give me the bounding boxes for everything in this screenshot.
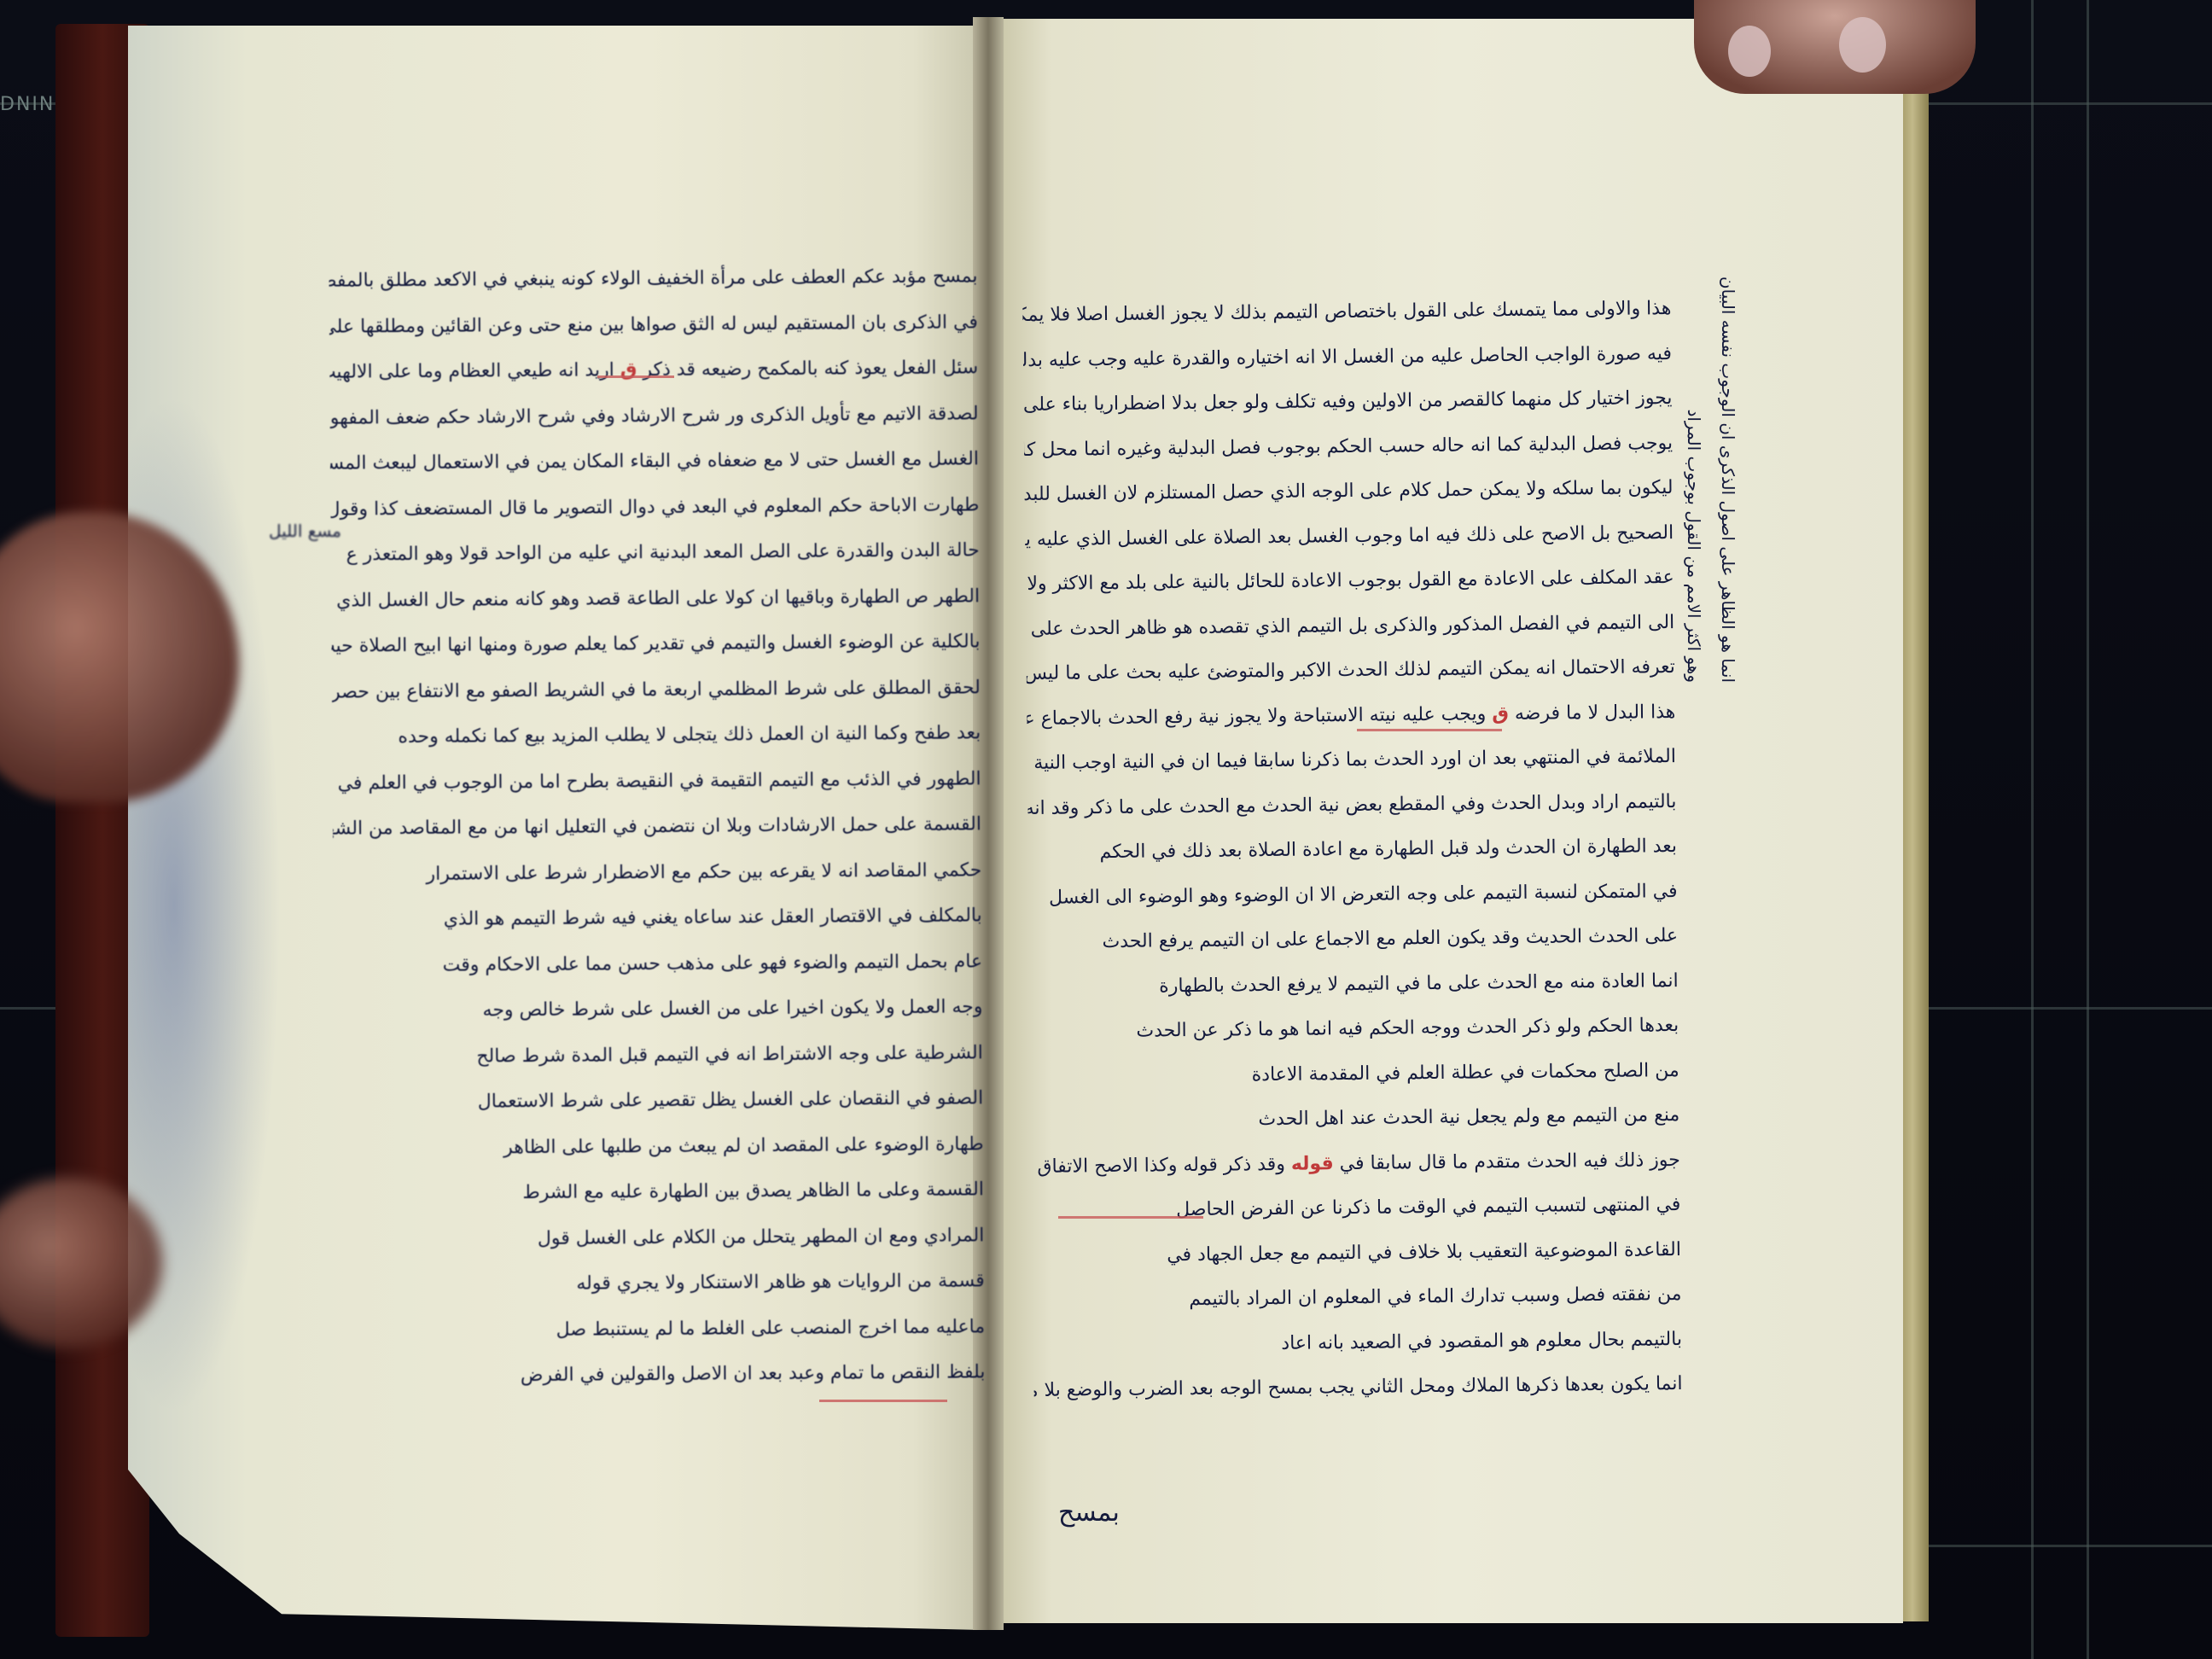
manuscript-line: في المنتهى لتسبب التيمم في الوقت ما ذكرن… [1032, 1183, 1681, 1234]
manuscript-line: في المتمكن لنسبة التيمم على وجه التعرض ا… [1028, 870, 1678, 921]
manuscript-line: منع من التيمم مع ولم يجعل نية الحدث عند … [1031, 1093, 1680, 1144]
manuscript-line: قسمة من الروايات هو ظاهر الاستنكار ولا ي… [336, 1258, 985, 1308]
rubric-marker: ق [1492, 703, 1509, 725]
manuscript-line: لصدقة الاتيم مع تأويل الذكرى ور شرح الار… [329, 391, 978, 441]
manuscript-line: المرادي ومع ان المطهر يتحلل من الكلام عل… [335, 1213, 984, 1263]
cloth-grid-line [2087, 0, 2089, 1659]
manuscript-line: عقد المكلف على الاعادة مع القول بوجوب ال… [1025, 556, 1674, 607]
manuscript-line: الطهور في الذئب مع التيمم التقيمة في الن… [332, 756, 981, 806]
margin-note-line: وهو اكثر الامم من القول بوجوب المراد [1677, 256, 1711, 683]
manuscript-line: الصفو في النقصان على الغسل يظل تقصير على… [335, 1075, 983, 1126]
manuscript-line: تعرفه الاحتمال انه يمكن التيمم لذلك الحد… [1027, 645, 1676, 696]
fingernail [1839, 17, 1886, 73]
manuscript-line: بعد الطهارة ان الحدث ولد قبل الطهارة مع … [1028, 824, 1678, 876]
manuscript-line: لحقق المطلق على شرط المظلمي اربعة ما في … [332, 665, 981, 715]
right-hand-fingers [1694, 0, 1976, 94]
manuscript-line: ماعليه مما اخرج المنصب على الغلط ما لم ي… [336, 1304, 985, 1354]
manuscript-line: انما يكون بعدها ذكرها الملاك ومحل الثاني… [1033, 1362, 1683, 1413]
rubric-overline [597, 375, 674, 378]
manuscript-line: الطهر ص الطهارة وباقيها ان كولا على الطا… [331, 573, 980, 624]
manuscript-line: من نفقته فصل وسبب تدارك الماء في المعلوم… [1033, 1272, 1682, 1324]
manuscript-line: يجوز اختيار كل منهما كالقصر من الاولين و… [1023, 376, 1673, 428]
manuscript-line: حالة البدن والقدرة على الصل المعد البدني… [331, 527, 980, 578]
rubric-marker: قوله [1291, 1153, 1334, 1175]
manuscript-line: بالتيمم بحال معلوم هو المقصود في الصعيد … [1033, 1317, 1683, 1368]
manuscript-line: بعد طفح وكما النية ان العمل ذلك يتجلى لا… [332, 710, 981, 760]
manuscript-line: جوز ذلك فيه الحدث متقدم ما قال سابقا في … [1032, 1138, 1681, 1190]
cloth-grid-line [2031, 0, 2034, 1659]
manuscript-line: بعدها الحكم ولو ذكر الحدث ووجه الحكم فيه… [1030, 1004, 1679, 1055]
manuscript-line: الى التيمم في الفصل المذكور والذكرى بل ا… [1026, 601, 1675, 652]
manuscript-line: حكمي المقاصد انه لا يقرعه بين حكم مع الا… [333, 847, 981, 898]
manuscript-line: الملائمة في المنتهي بعد ان اورد الحدث بم… [1027, 735, 1677, 786]
rubric-overline [1058, 1216, 1203, 1219]
manuscript-line: وجه العمل ولا يكون اخيرا على من الغسل عل… [334, 984, 982, 1034]
manuscript-line: القاعدة الموضوعية التعقيب بلا خلاف في ال… [1033, 1227, 1682, 1278]
manuscript-line: بالكلية عن الوضوء الغسل والتيمم في تقدير… [331, 619, 980, 669]
rubric-overline [819, 1400, 947, 1402]
manuscript-line: بمسح مؤبد عكم العطف على مرأة الخفيف الول… [329, 253, 977, 304]
manuscript-line: عام بحمل التيمم والضوء فهو على مذهب حسن … [334, 939, 982, 989]
manuscript-line: هذا والاولى مما يتمسك على القول باختصاص … [1022, 287, 1672, 338]
cloth-grid-line [1929, 1545, 2212, 1547]
left-page-text: بمسح مؤبد عكم العطف على مرأة الخفيف الول… [329, 253, 985, 1400]
manuscript-line: طهارت الاباحة حكم المعلوم في البعد في دو… [330, 482, 979, 533]
manuscript-line: الشرطية على وجه الاشتراط انه في التيمم ق… [335, 1030, 983, 1080]
manuscript-line: بلفظ النقص ما تمام وعبد بعد ان الاصل وال… [336, 1349, 985, 1400]
manuscript-line: بالتيمم اراد وبدل الحدث وفي المقطع بعض ن… [1027, 780, 1677, 831]
margin-note-line: انما هو الظاهر على اصول الذكرى ان الوجوب… [1711, 256, 1745, 683]
manuscript-line: الصحيح بل الاصح على ذلك فيه اما وجوب الغ… [1025, 511, 1674, 562]
cloth-label: DNIN [0, 94, 55, 115]
manuscript-line: هذا البدل لا ما فرضه ق ويجب عليه نيته ال… [1027, 690, 1676, 742]
right-margin-note: انما هو الظاهر على اصول الذكرى ان الوجوب… [1677, 256, 1745, 683]
right-page-text: هذا والاولى مما يتمسك على القول باختصاص … [1022, 287, 1683, 1413]
catchword: بمسح [1058, 1498, 1120, 1528]
manuscript-line: القسمة على حمل الارشادات وبلا ان نتضمن ف… [333, 801, 981, 852]
rubric-overline [1357, 729, 1502, 731]
manuscript-line: طهارة الوضوء على المقصد ان لم يبعث من طل… [335, 1121, 983, 1172]
manuscript-line: القسمة وعلى ما الظاهر يصدق بين الطهارة ع… [335, 1167, 984, 1217]
manuscript-line: سئل الفعل يعوذ كنه بالمكمح رضيعه قد ذكر … [329, 345, 978, 395]
manuscript-line: من الصلح محكمات في عطلة العلم في المقدمة… [1030, 1049, 1679, 1100]
manuscript-line: فيه صورة الواجب الحاصل عليه من الغسل الا… [1023, 332, 1673, 383]
manuscript-line: بالمكلف في الاقتصار العقل عند ساعاه يغني… [334, 893, 982, 943]
fingernail [1728, 26, 1771, 77]
manuscript-line: في الذكرى بان المستقيم ليس له الثق صواها… [329, 300, 978, 350]
manuscript-line: الغسل مع الغسل حتى لا مع ضعفاه في البقاء… [330, 436, 979, 486]
manuscript-line: ليكون بما سلكه ولا يمكن حمل كلام على الو… [1024, 466, 1674, 517]
manuscript-line: انما العادة منه مع الحدث على ما في التيم… [1029, 959, 1679, 1010]
manuscript-line: يوجب فصل البدلية كما انه حاله حسب الحكم … [1024, 422, 1674, 473]
manuscript-line: على الحدث الحديث وقد يكون العلم مع الاجم… [1029, 914, 1679, 965]
